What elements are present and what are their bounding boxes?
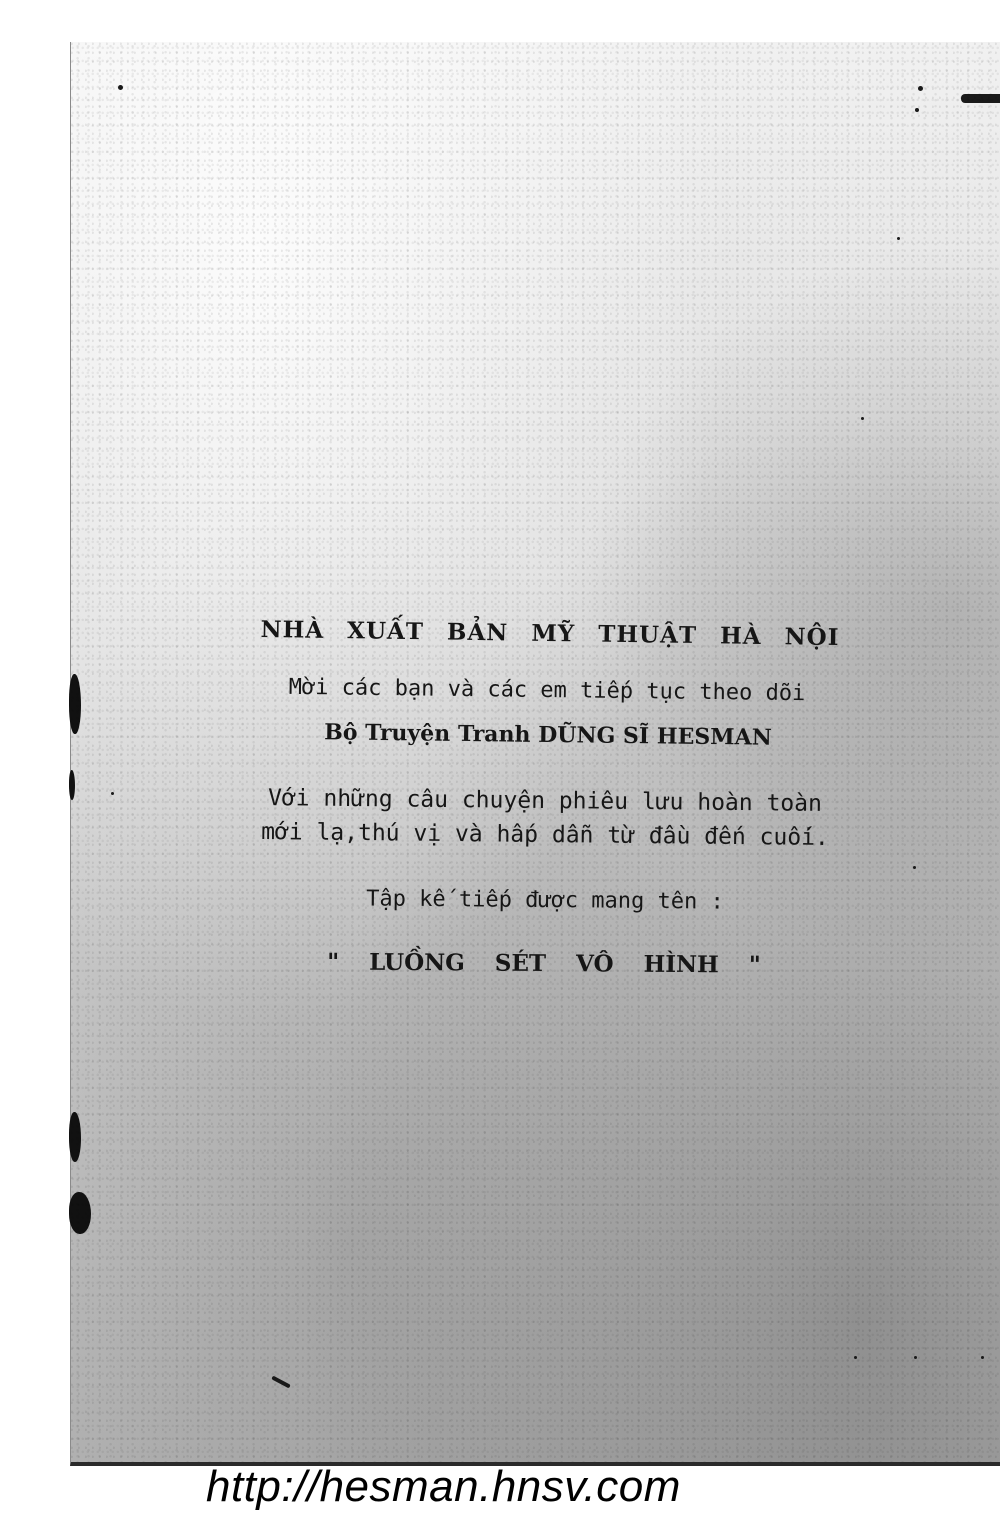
- binding-blot: [69, 1112, 81, 1162]
- speck: [913, 866, 916, 869]
- speck: [854, 1356, 857, 1359]
- binding-hole: [69, 1192, 91, 1234]
- speck: [897, 237, 900, 240]
- scanned-page: [70, 42, 1000, 1466]
- speck: [981, 1356, 984, 1359]
- page-tab-mark: [961, 94, 1000, 103]
- speck: [118, 85, 123, 90]
- scratch-mark: [271, 1376, 291, 1389]
- speck: [915, 108, 919, 112]
- speck: [861, 417, 864, 420]
- speck: [918, 86, 923, 91]
- watermark-url: http://hesman.hnsv.com: [206, 1462, 681, 1512]
- speck: [914, 1356, 917, 1359]
